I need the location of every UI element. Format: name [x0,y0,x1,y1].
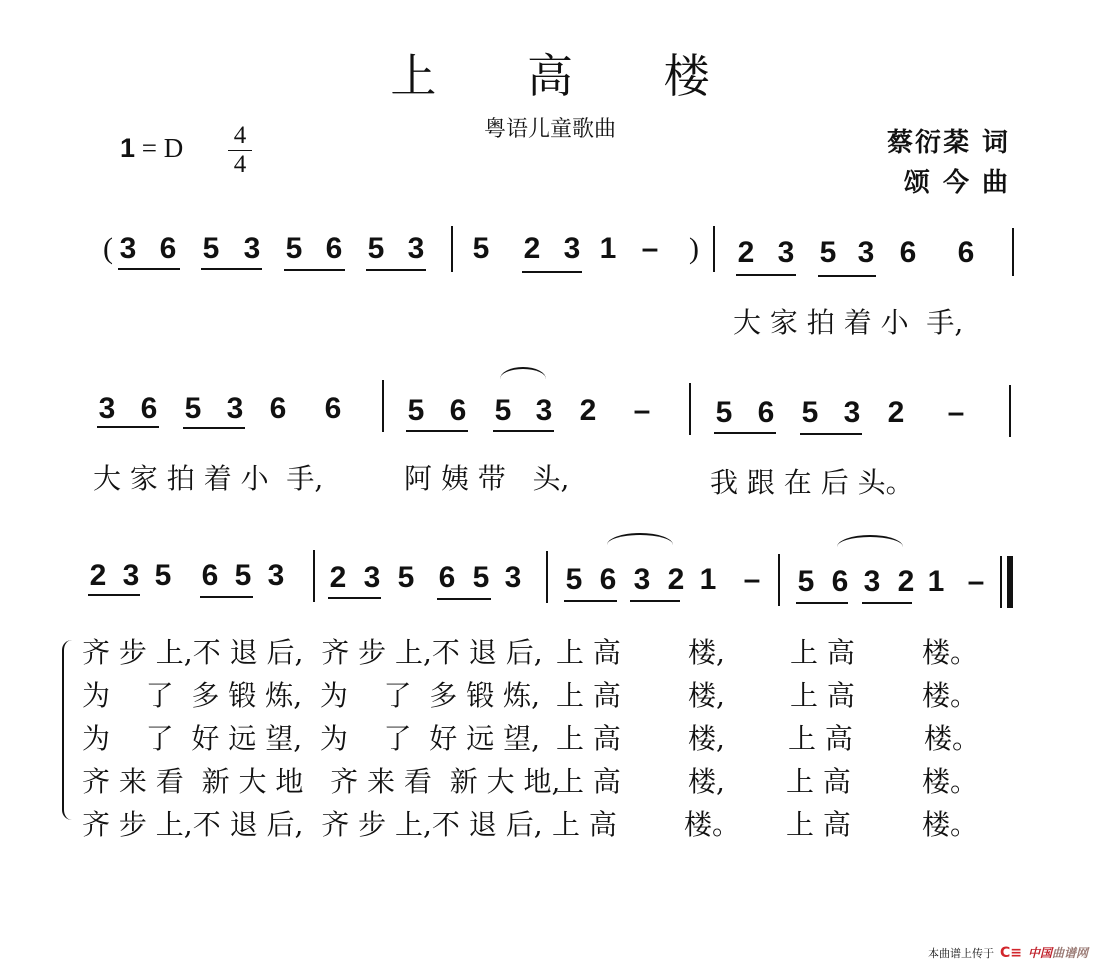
eighth-underline [118,268,180,270]
verse-brace [62,640,74,820]
note: 5 [201,234,221,264]
note: 6 [898,238,918,268]
verse-4-part-b: 上 高 [556,767,621,797]
key-name: = D [135,133,183,163]
note: 6 [139,394,159,424]
verse-4-part-c: 楼, [688,767,725,797]
note: 5 [406,396,426,426]
final-barline-thick [1007,556,1013,608]
note: 5 [233,561,253,591]
note: 1 [926,567,946,597]
note: 2 [896,567,916,597]
verse-4-part-d: 上 高 [786,767,851,797]
note: 2 [736,238,756,268]
note: 2 [522,234,542,264]
note: 3 [118,234,138,264]
eighth-underline [200,596,253,598]
verse-5-part-a: 齐 步 上,不 退 后, 齐 步 上,不 退 后, [82,810,543,840]
eighth-underline [818,275,876,277]
verse-2-part-c: 楼, [688,681,725,711]
slur [500,367,546,379]
note: 5 [366,234,386,264]
note: 1 [598,234,618,264]
note: 3 [362,563,382,593]
note: 5 [153,561,173,591]
verse-1-part-e: 楼。 [922,638,978,668]
verse-1-part-c: 楼, [688,638,725,668]
open-parenthesis: ( [98,234,118,264]
upload-watermark: 本曲谱上传于 C≡ 中国 曲谱网 [928,944,1088,961]
eighth-underline [736,274,796,276]
note: 5 [471,234,491,264]
dash-extension: – [640,234,660,264]
eighth-underline [522,271,582,273]
eighth-underline [201,268,262,270]
barline [778,554,780,606]
note: 3 [534,396,554,426]
barline [1009,385,1011,437]
upload-text: 本曲谱上传于 [928,945,994,961]
note: 6 [598,565,618,595]
composer-credit: 颂 今 曲 [904,162,1010,199]
eighth-underline [564,600,617,602]
note: 5 [800,398,820,428]
eighth-underline [284,269,345,271]
barline [546,551,548,603]
note: 2 [666,565,686,595]
note: 6 [268,394,288,424]
verse-3-part-a: 为 了 好 远 望, 为 了 好 远 望, [82,724,540,754]
eighth-underline [630,600,680,602]
note: 2 [886,398,906,428]
note: 6 [437,563,457,593]
note: 3 [503,563,523,593]
lyric-line: 阿 姨 带 头, [404,464,569,494]
eighth-underline [88,594,140,596]
verse-3-part-b: 上 高 [556,724,621,754]
eighth-underline [800,433,862,435]
dash-extension: – [742,565,762,595]
barline [713,226,715,272]
verse-1-part-a: 齐 步 上,不 退 后, 齐 步 上,不 退 后, [82,638,543,668]
note: 1 [698,565,718,595]
verse-3-part-c: 楼, [688,724,725,754]
eighth-underline [406,430,468,432]
verse-1-part-d: 上 高 [790,638,855,668]
verse-1-part-b: 上 高 [556,638,621,668]
note: 2 [578,396,598,426]
note: 3 [862,567,882,597]
verse-2-part-a: 为 了 多 锻 炼, 为 了 多 锻 炼, [82,681,540,711]
note: 3 [121,561,141,591]
barline [382,380,384,432]
note: 3 [842,398,862,428]
lyric-line: 大 家 拍 着 小 手, [93,464,323,494]
eighth-underline [366,269,426,271]
note: 3 [225,394,245,424]
song-title: 上 高 楼 [0,40,1100,106]
note: 6 [830,567,850,597]
dash-extension: – [946,398,966,428]
dash-extension: – [632,396,652,426]
key-tonic-number: 1 [120,133,135,163]
note: 5 [284,234,304,264]
note: 6 [158,234,178,264]
note: 5 [796,567,816,597]
note: 6 [756,398,776,428]
note: 6 [200,561,220,591]
verse-3-part-e: 楼。 [924,724,980,754]
verse-5-part-c: 楼。 [684,810,740,840]
lyricist-credit: 蔡衍棻 词 [887,122,1010,159]
time-signature-bottom: 4 [228,153,252,177]
verse-2-part-e: 楼。 [922,681,978,711]
note: 6 [324,234,344,264]
site-name-part-1: 中国 [1028,944,1052,961]
eighth-underline [862,602,912,604]
barline [689,383,691,435]
eighth-underline [796,602,848,604]
verse-4-part-a: 齐 来 看 新 大 地 齐 来 看 新 大 地, [82,767,560,797]
eighth-underline [183,427,245,429]
eighth-underline [328,597,381,599]
note: 5 [471,563,491,593]
dash-extension: – [966,567,986,597]
note: 6 [956,238,976,268]
site-name-part-2: 曲谱网 [1052,944,1088,961]
note: 2 [88,561,108,591]
note: 3 [242,234,262,264]
eighth-underline [97,426,159,428]
note: 5 [396,563,416,593]
slur [837,535,903,547]
barline [1012,228,1014,276]
verse-2-part-d: 上 高 [790,681,855,711]
note: 5 [714,398,734,428]
note: 3 [406,234,426,264]
eighth-underline [437,598,491,600]
barline [451,226,453,272]
site-logo-icon: C≡ [1000,945,1022,961]
close-parenthesis: ) [684,234,704,264]
note: 3 [266,561,286,591]
eighth-underline [714,432,776,434]
eighth-underline [493,430,554,432]
verse-5-part-d: 上 高 [786,810,851,840]
note: 3 [776,238,796,268]
lyric-line: 我 跟 在 后 头。 [710,468,914,498]
verse-3-part-d: 上 高 [788,724,853,754]
note: 5 [564,565,584,595]
note: 6 [448,396,468,426]
note: 3 [632,565,652,595]
slur [607,533,673,545]
lyric-line: 大 家 拍 着 小 手, [733,308,963,338]
note: 3 [856,238,876,268]
note: 5 [493,396,513,426]
verse-2-part-b: 上 高 [556,681,621,711]
time-signature-top: 4 [228,124,252,148]
time-signature: 4 4 [228,124,252,177]
note: 2 [328,563,348,593]
note: 6 [323,394,343,424]
verse-5-part-b: 上 高 [552,810,617,840]
final-barline-thin [1000,556,1002,608]
verse-4-part-e: 楼。 [922,767,978,797]
note: 3 [562,234,582,264]
key-signature: 1 = D [120,133,183,164]
note: 5 [183,394,203,424]
verse-5-part-e: 楼。 [922,810,978,840]
note: 3 [97,394,117,424]
note: 5 [818,238,838,268]
barline [313,550,315,602]
